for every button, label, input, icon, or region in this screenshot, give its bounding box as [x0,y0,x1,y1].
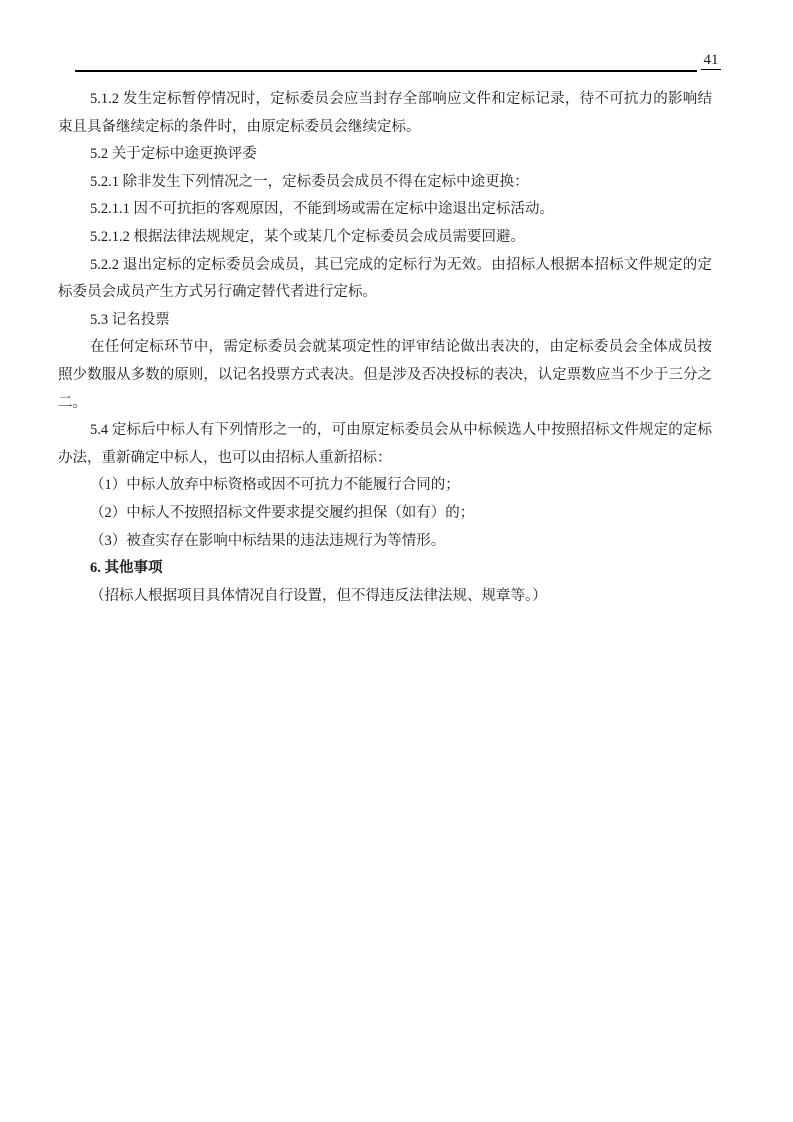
clause-5-2-1: 5.2.1 除非发生下列情况之一，定标委员会成员不得在定标中途更换： [58,169,712,197]
clause-5-2-1-1: 5.2.1.1 因不可抗拒的客观原因，不能到场或需在定标中途退出定标活动。 [58,196,712,224]
section-6-heading: 6. 其他事项 [58,555,712,583]
section-6-body: （招标人根据项目具体情况自行设置，但不得违反法律法规、规章等。） [58,583,712,611]
clause-5-4-item-2: （2）中标人不按照招标文件要求提交履约担保（如有）的； [58,500,712,528]
document-body: 5.1.2 发生定标暂停情况时，定标委员会应当封存全部响应文件和定标记录，待不可… [58,86,712,610]
clause-5-2-heading: 5.2 关于定标中途更换评委 [58,141,712,169]
clause-5-3-heading: 5.3 记名投票 [58,307,712,335]
clause-5-4-item-3: （3）被查实存在影响中标结果的违法违规行为等情形。 [58,528,712,556]
document-page: 41 5.1.2 发生定标暂停情况时，定标委员会应当封存全部响应文件和定标记录，… [0,0,793,1122]
clause-5-4: 5.4 定标后中标人有下列情形之一的，可由原定标委员会从中标候选人中按照招标文件… [58,417,712,472]
clause-5-2-1-2: 5.2.1.2 根据法律法规规定，某个或某几个定标委员会成员需要回避。 [58,224,712,252]
page-number: 41 [701,52,721,70]
clause-5-2-2: 5.2.2 退出定标的定标委员会成员，其已完成的定标行为无效。由招标人根据本招标… [58,252,712,307]
header-rule [75,70,697,72]
clause-5-3-body: 在任何定标环节中，需定标委员会就某项定性的评审结论做出表决的，由定标委员会全体成… [58,334,712,417]
clause-5-1-2: 5.1.2 发生定标暂停情况时，定标委员会应当封存全部响应文件和定标记录，待不可… [58,86,712,141]
clause-5-4-item-1: （1）中标人放弃中标资格或因不可抗力不能履行合同的； [58,472,712,500]
